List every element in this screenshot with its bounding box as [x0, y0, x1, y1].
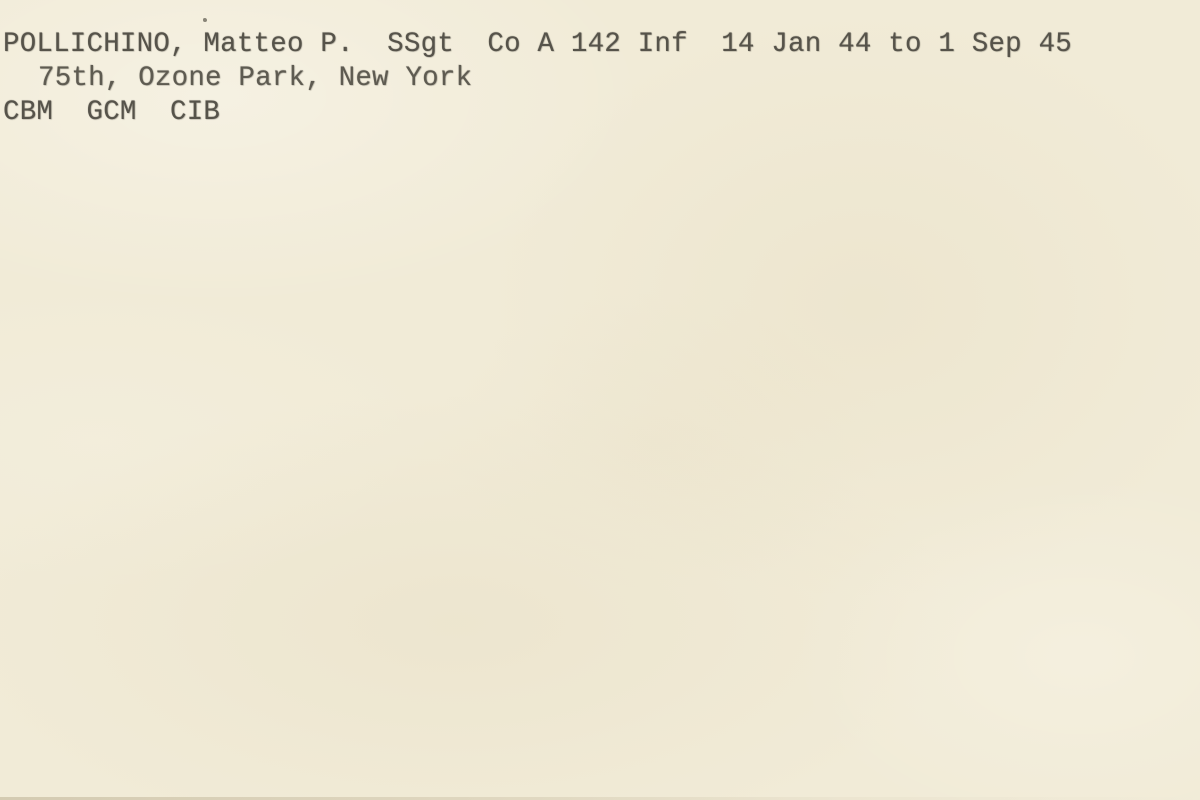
service-record-residence-line: 75th, Ozone Park, New York	[38, 65, 472, 93]
service-record-awards-line: CBM GCM CIB	[3, 99, 220, 127]
ink-speck	[203, 18, 207, 22]
service-record-name-line: POLLICHINO, Matteo P. SSgt Co A 142 Inf …	[3, 31, 1072, 59]
index-card: POLLICHINO, Matteo P. SSgt Co A 142 Inf …	[0, 0, 1200, 800]
